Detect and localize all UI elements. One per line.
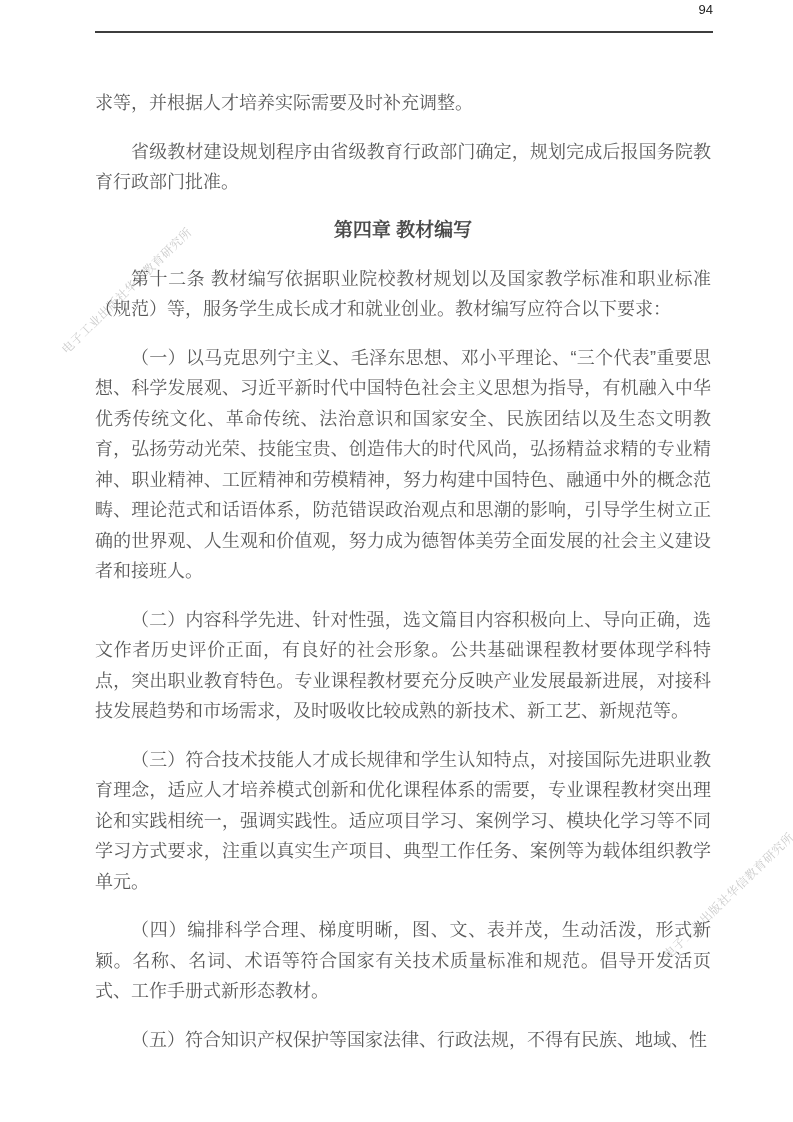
paragraph-continuation: 求等，并根据人才培养实际需要及时补充调整。 — [95, 88, 711, 119]
document-page: 94 电子工业出版社华信教育研究所 电子工业出版社华信教育研究所 求等，并根据人… — [0, 0, 793, 1122]
paragraph-item-4: （四）编排科学合理、梯度明晰，图、文、表并茂，生动活泼，形式新颖。名称、名词、术… — [95, 915, 711, 1007]
document-body: 求等，并根据人才培养实际需要及时补充调整。 省级教材建设规划程序由省级教育行政部… — [95, 88, 711, 1073]
paragraph: 省级教材建设规划程序由省级教育行政部门确定，规划完成后报国务院教育行政部门批准。 — [95, 137, 711, 198]
header-rule — [95, 31, 713, 33]
paragraph-item-1: （一）以马克思列宁主义、毛泽东思想、邓小平理论、“三个代表”重要思想、科学发展观… — [95, 343, 711, 587]
paragraph-article-12: 第十二条 教材编写依据职业院校教材规划以及国家教学标准和职业标准（规范）等，服务… — [95, 264, 711, 325]
page-number: 94 — [699, 2, 713, 18]
paragraph-item-3: （三）符合技术技能人才成长规律和学生认知特点，对接国际先进职业教育理念，适应人才… — [95, 745, 711, 898]
paragraph-item-2: （二）内容科学先进、针对性强，选文篇目内容积极向上、导向正确，选文作者历史评价正… — [95, 605, 711, 727]
paragraph-item-5: （五）符合知识产权保护等国家法律、行政法规，不得有民族、地域、性 — [95, 1025, 711, 1056]
chapter-heading: 第四章 教材编写 — [95, 216, 711, 246]
